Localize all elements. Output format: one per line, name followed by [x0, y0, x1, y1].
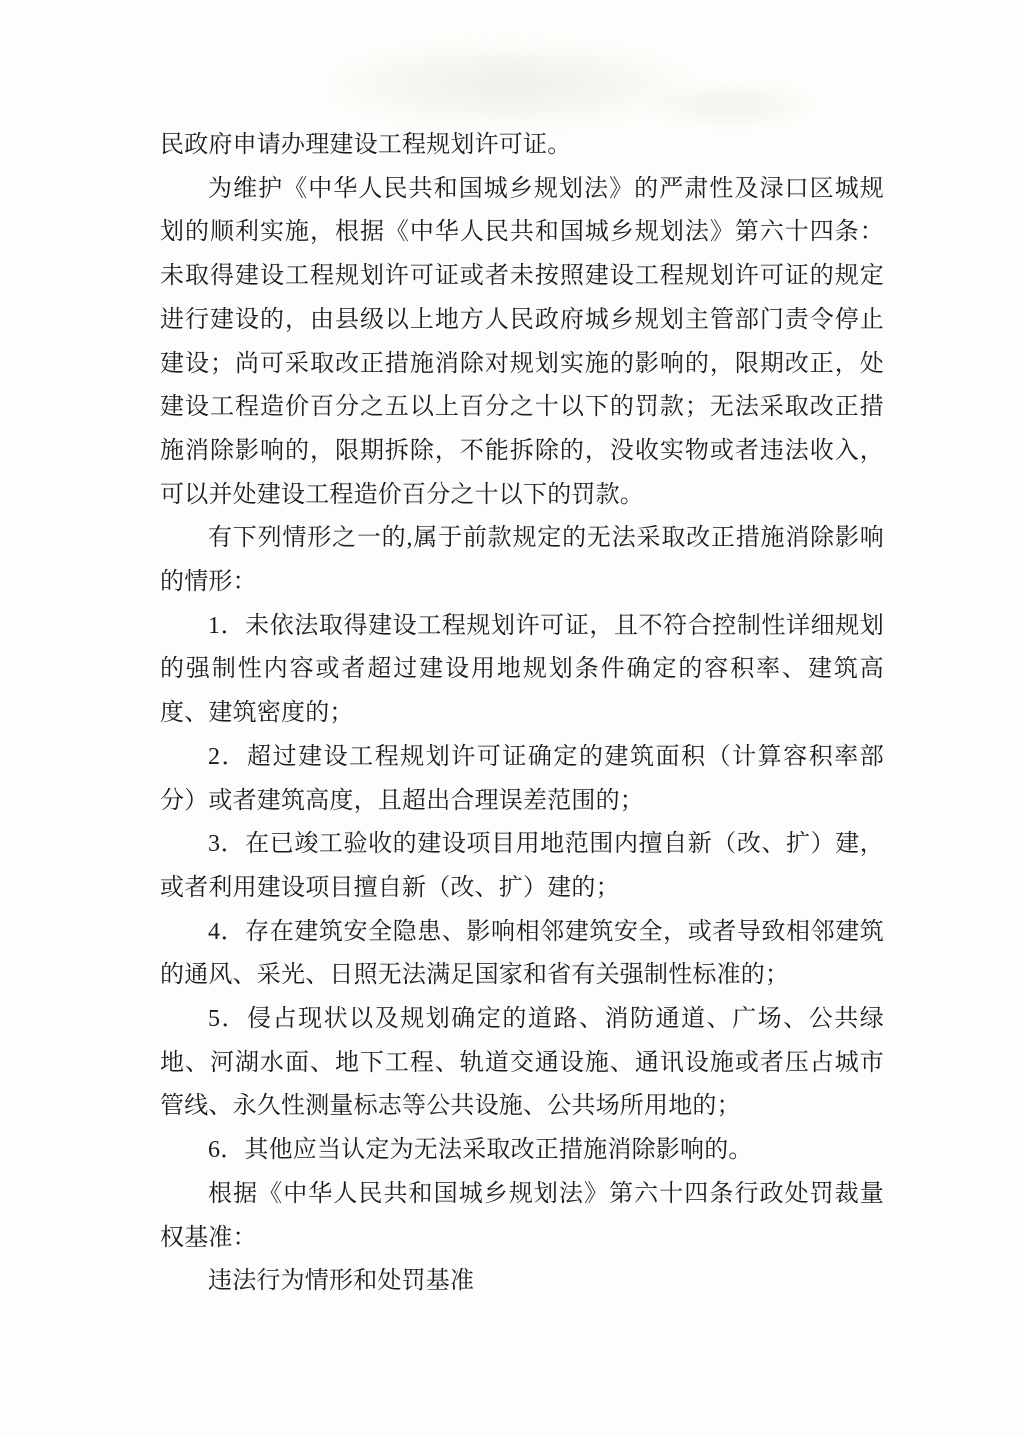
scan-artifact-smudge-small [640, 80, 820, 130]
paragraph: 1．未依法取得建设工程规划许可证，且不符合控制性详细规划的强制性内容或者超过建设… [160, 605, 884, 736]
paragraph: 有下列情形之一的,属于前款规定的无法采取改正措施消除影响的情形： [160, 517, 884, 604]
paragraph: 6．其他应当认定为无法采取改正措施消除影响的。 [160, 1129, 884, 1173]
paragraph: 5．侵占现状以及规划确定的道路、消防通道、广场、公共绿地、河湖水面、地下工程、轨… [160, 998, 884, 1129]
paragraph: 4．存在建筑安全隐患、影响相邻建筑安全，或者导致相邻建筑的通风、采光、日照无法满… [160, 911, 884, 998]
scan-artifact-smudge [330, 42, 690, 127]
paragraph: 违法行为情形和处罚基准 [160, 1260, 884, 1304]
paragraph: 根据《中华人民共和国城乡规划法》第六十四条行政处罚裁量权基准： [160, 1173, 884, 1260]
paragraph: 2．超过建设工程规划许可证确定的建筑面积（计算容积率部分）或者建筑高度，且超出合… [160, 736, 884, 823]
document-body: 民政府申请办理建设工程规划许可证。为维护《中华人民共和国城乡规划法》的严肃性及渌… [160, 124, 884, 1304]
paragraph: 3．在已竣工验收的建设项目用地范围内擅自新（改、扩）建，或者利用建设项目擅自新（… [160, 823, 884, 910]
document-page: 民政府申请办理建设工程规划许可证。为维护《中华人民共和国城乡规划法》的严肃性及渌… [0, 0, 1024, 1436]
paragraph: 为维护《中华人民共和国城乡规划法》的严肃性及渌口区城规划的顺利实施，根据《中华人… [160, 168, 884, 518]
paragraph: 民政府申请办理建设工程规划许可证。 [160, 124, 884, 168]
